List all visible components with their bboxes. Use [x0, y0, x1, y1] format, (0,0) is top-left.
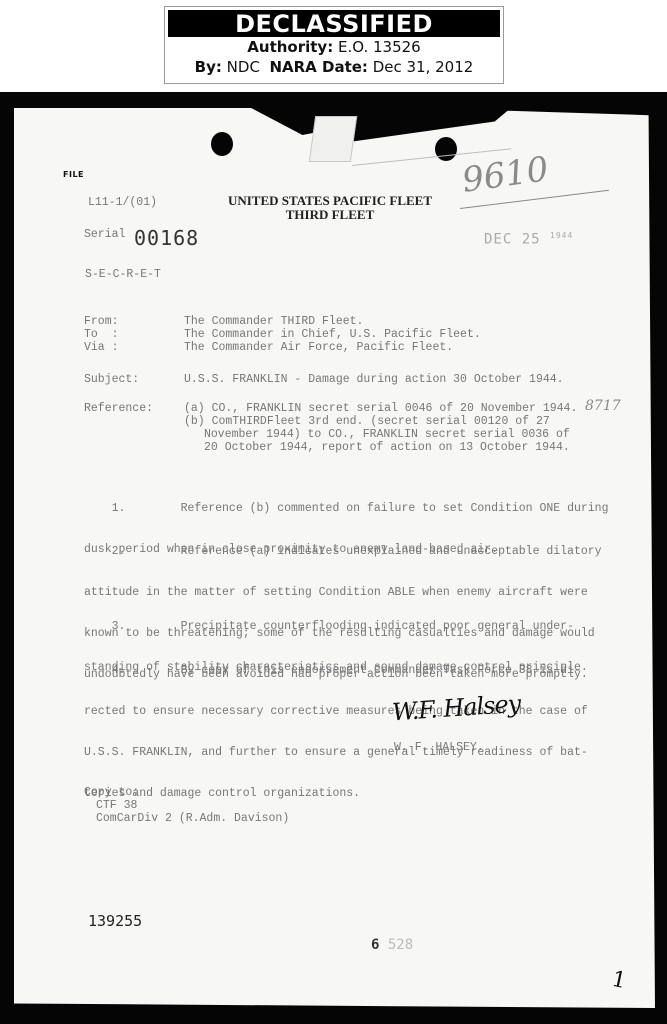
page-code-main: 6 [371, 937, 379, 953]
paragraph-2-line-1: 2. Reference (a) indicates unexplained a… [84, 545, 602, 559]
copy-to-recipient-2: ComCarDiv 2 (R.Adm. Davison) [96, 812, 289, 826]
to-label: To : [84, 328, 119, 342]
punch-hole-left [211, 132, 233, 156]
subject-label: Subject: [84, 373, 139, 387]
reference-label: Reference: [84, 402, 153, 416]
paragraph-3-line-1: 3. Precipitate counterflooding indicated… [84, 620, 588, 634]
page-code: 6 528 [371, 937, 413, 953]
paragraph-1-line-1: 1. Reference (b) commented on failure to… [84, 502, 609, 516]
file-label: FILE [63, 170, 84, 179]
reference-b-line-1: (b) ComTHIRDFleet 3rd end. (secret seria… [184, 415, 550, 429]
serial-number: 00168 [134, 226, 199, 250]
paragraph-4-line-4: teries and damage control organizations. [84, 787, 588, 801]
to-value: The Commander in Chief, U.S. Pacific Fle… [184, 328, 481, 342]
date-stamp-year: 1944 [550, 231, 573, 240]
stamp-authority-label: Authority: [247, 38, 333, 56]
date-stamp-day: DEC 25 [484, 232, 541, 248]
classification-marking: S-E-C-R-E-T [85, 268, 161, 282]
subject-value: U.S.S. FRANKLIN - Damage during action 3… [184, 373, 564, 387]
via-label: Via : [84, 341, 119, 355]
stamp-nara-label: NARA Date: [269, 58, 367, 76]
copy-to-label: Copy to: [84, 786, 139, 800]
paragraph-4-line-3: U.S.S. FRANKLIN, and further to ensure a… [84, 746, 588, 760]
stamp-by: By: NDC NARA Date: Dec 31, 2012 [165, 57, 503, 77]
stamp-by-label: By: [195, 58, 222, 76]
punch-hole-right [435, 137, 457, 161]
via-value: The Commander Air Force, Pacific Fleet. [184, 341, 453, 355]
from-value: The Commander THIRD Fleet. [184, 315, 363, 329]
paragraph-4-line-1: 4. By copy of this endorsement Commander… [84, 664, 588, 678]
reference-b-line-3: 20 October 1944, report of action on 13 … [204, 441, 570, 455]
serial-label: Serial [84, 228, 125, 242]
page-code-faint: 528 [388, 937, 413, 953]
file-code: L11-1/(01) [88, 196, 157, 210]
reference-b-line-2: November 1944) to CO., FRANKLIN secret s… [204, 428, 570, 442]
stamp-title: DECLASSIFIED [168, 10, 500, 37]
stamp-authority-value: E.O. 13526 [338, 38, 421, 56]
date-stamp: DEC 25 1944 [484, 231, 573, 248]
stamp-authority: Authority: E.O. 13526 [165, 37, 503, 57]
copy-to-recipient-1: CTF 38 [96, 799, 137, 813]
org-line-2: THIRD FLEET [200, 207, 460, 223]
stamp-by-value: NDC [227, 58, 260, 76]
reference-a: (a) CO., FRANKLIN secret serial 0046 of … [184, 402, 577, 416]
typed-signature-name: W. F. HALSEY. [394, 741, 484, 755]
reference-margin-note: 8717 [585, 398, 621, 414]
document-number: 139255 [88, 912, 142, 930]
declassified-stamp: DECLASSIFIED Authority: E.O. 13526 By: N… [164, 6, 504, 84]
paragraph-4: 4. By copy of this endorsement Commander… [84, 637, 588, 814]
paper-tear [309, 116, 357, 162]
from-label: From: [84, 315, 119, 329]
stamp-nara-value: Dec 31, 2012 [373, 58, 474, 76]
